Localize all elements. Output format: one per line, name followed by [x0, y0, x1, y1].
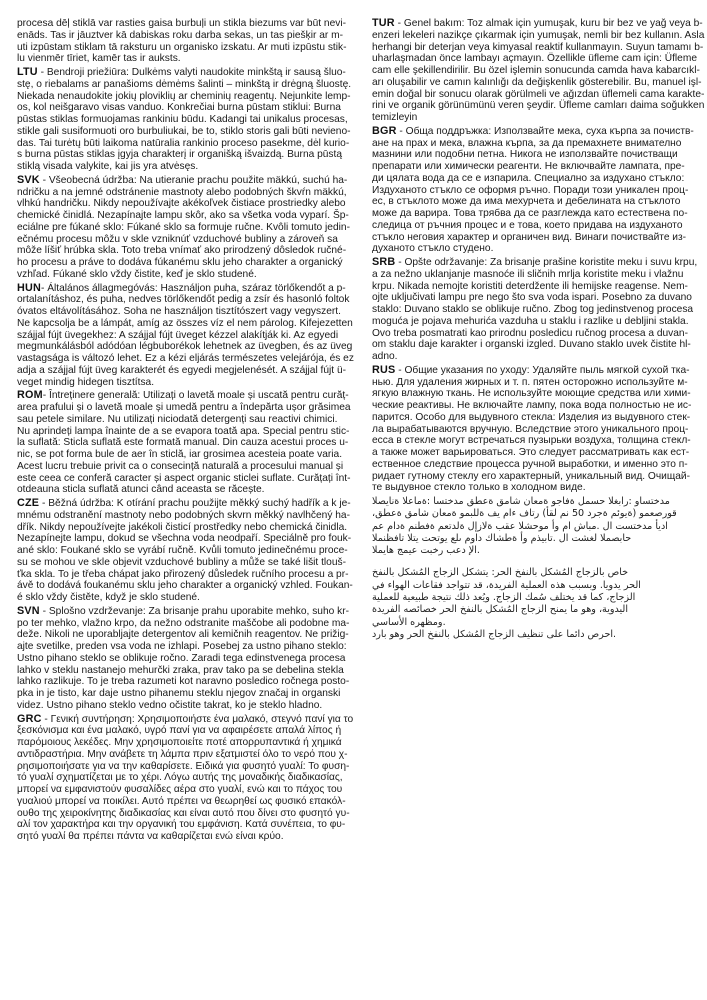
text-line: pka in je tisto, kar daje ustno pihanemu… [17, 688, 352, 700]
text-line: препарати или химически реагенти. Не вкл… [372, 161, 702, 173]
separator: - [397, 126, 406, 137]
text-line: мазнини или подобни петна. Никога не изп… [372, 149, 702, 161]
section-tur: TUR - Genel bakım: Toz almak için yumuşa… [372, 18, 702, 124]
language-code: SVK [17, 174, 40, 186]
text-line: szájjal fújt üvegekhez: A szájjal fújt ü… [17, 330, 352, 342]
text: Opšte održavanje: Za brisanje prašine ko… [404, 257, 697, 268]
text-line: τό γυαλί σχηματίζεται με το χέρι. Λόγω α… [17, 772, 352, 784]
text-line: stikle gali susiformuoti oro burbuliukai… [17, 126, 352, 138]
text-line: os, kol neišgaravo visas vanduo. Konkreč… [17, 102, 352, 114]
text-line: HUN- Általános állagmegóvás: Használjon … [17, 283, 352, 295]
section-svn: SVN - Splošno vzdrževanje: Za brisanje p… [17, 606, 352, 712]
text-line: ди цялата вода да се е изпарила. Специал… [372, 173, 702, 185]
text-line: духаното стъкло студено. [372, 243, 702, 255]
text-line: a za nežno uklanjanje masnoće ili slični… [372, 269, 702, 281]
text-line: ρησιμοποιήσατε για να την καθαρίσετε. Ει… [17, 761, 352, 773]
text-line: احرص دائما على تنظيف الزجاج المُشكل بالن… [372, 629, 702, 641]
language-code: RUS [372, 364, 395, 376]
text: Обща поддръжка: Използвайте мека, суха к… [406, 126, 694, 137]
text-line: есса в стекле могут встречаться пузырьки… [372, 435, 702, 447]
text: Γενική συντήρηση: Χρησιμοποιήστε ένα μαλ… [51, 714, 354, 725]
separator: - [40, 606, 49, 617]
language-code: HUN [17, 282, 41, 294]
text-line: su se mohou ve skle objevit vzduchové bu… [17, 557, 352, 569]
text-line: ortalanításhoz, és puha, nedves törlőken… [17, 294, 352, 306]
text-line: Ne kapcsolja be a lámpát, amíg az összes… [17, 318, 352, 330]
language-code: BGR [372, 125, 397, 137]
right-sections: TUR - Genel bakım: Toz almak için yumuşa… [372, 18, 702, 494]
text-line: ридает гутному стеклу его характерный, у… [372, 471, 702, 483]
text-line: pūstas stiklas formuojamas rankiniu būdu… [17, 114, 352, 126]
text-line: ане на прах и мека, влажна кърпа, за да … [372, 138, 702, 150]
section-rus: RUS - Общие указания по уходу: Удаляйте … [372, 365, 702, 494]
text-line: lu vienmēr tīriet, kamēr tas ir auksts. [17, 53, 352, 65]
text-line: arı oluşabilir ve camın kalınlığı da değ… [372, 77, 702, 89]
text-line: chemické činidlá. Nezapínajte lampu skôr… [17, 210, 352, 222]
language-code: LTU [17, 66, 38, 78]
text-line: парится. Особо для выдувного стекла: Изд… [372, 412, 702, 424]
section-grc: GRC - Γενική συντήρηση: Χρησιμοποιήστε έ… [17, 714, 352, 843]
text-line: ajte svetilke, preden vsa voda ne izhlap… [17, 641, 352, 653]
text-line: може да варира. Това трябва да се разгле… [372, 208, 702, 220]
text-line: стъкло неговия характер и органичен вид.… [372, 232, 702, 244]
text-line: mnému odstranění mastnoty nebo podobných… [17, 510, 352, 522]
text-line: krpu. Nikada nemojte koristiti deterdžen… [372, 281, 702, 293]
text-line: Nezapínejte lampu, dokud se všechna voda… [17, 533, 352, 545]
text: Genel bakım: Toz almak için yumuşak, kur… [404, 18, 703, 29]
text-line: môže líšiť hrúbka skla. Toto treba vníma… [17, 245, 352, 257]
text-line: Niekada nenaudokite jokių ploviklių ar c… [17, 91, 352, 103]
right-column: TUR - Genel bakım: Toz almak için yumuşa… [372, 18, 702, 643]
text-line: s burna pūstas stiklas įgyja charakterį … [17, 149, 352, 161]
text-line: ho procesu a práve to dodáva fúkanému sk… [17, 257, 352, 269]
text-line: enzeri lekeleri nazikçe çıkarmak için yu… [372, 30, 702, 42]
text-line: ojte uključivati lampu pre nego što sva … [372, 292, 702, 304]
text-line: следица от ръчния процес и е това, което… [372, 220, 702, 232]
text-line: ťka skla. To je třeba chápat jako přiroz… [17, 569, 352, 581]
text-line: videz. Ustno pihano steklo vedno očistit… [17, 700, 352, 712]
ara-section-blown-glass: خاص بالزجاج المُشكل بالنفخ الحر: يتشكل ا… [372, 567, 702, 641]
text: Общие указания по уходу: Удаляйте пыль м… [404, 365, 689, 376]
text-line: deže. Nikoli ne uporabljajte detergentov… [17, 629, 352, 641]
text-line: SVK - Všeobecná údržba: Na utieranie pra… [17, 175, 352, 187]
language-code: SVN [17, 605, 40, 617]
text-line: nic, se pot forma bule de aer în sticlă,… [17, 449, 352, 461]
text-line: Acest lucru trebuie privit ca o consecin… [17, 461, 352, 473]
text-line: ческие реактивы. Не включайте лампу, пок… [372, 400, 702, 412]
text-line: eciálne pre fúkané sklo: Fúkané sklo sa … [17, 222, 352, 234]
text-line: ومظهره الأساسي. [372, 617, 702, 629]
language-code: TUR [372, 17, 395, 29]
left-sections: LTU - Bendroji priežiūra: Dulkėms valyti… [17, 67, 352, 843]
text-line: enāds. Tas ir jāuztver kā dabiskas roku … [17, 30, 352, 42]
text-line: SRB - Opšte održavanje: Za brisanje praš… [372, 257, 702, 269]
text-line: اديأ مدختست ال .مباش ام وأ موحشلا عقب ةل… [372, 521, 702, 533]
text-line: megmunkálásból adódóan légbuborékok lehe… [17, 341, 352, 353]
text-line: vzhľad. Fúkané sklo vždy čistite, keď je… [17, 269, 352, 281]
text-line: uti izpūstam stiklam tā raksturu un orga… [17, 42, 352, 54]
text-line: ягкую влажную ткань. Не используйте моющ… [372, 388, 702, 400]
separator: - [42, 714, 51, 725]
text-line: Ovo treba posmatrati kao prirodnu posled… [372, 328, 702, 340]
text-line: lahko v steklu nastanejo mehurčki zraka,… [17, 665, 352, 677]
text-line: ečnému procesu môžu v skle vzniknúť vzdu… [17, 234, 352, 246]
separator: - [39, 498, 48, 509]
text-line: GRC - Γενική συντήρηση: Χρησιμοποιήστε έ… [17, 714, 352, 726]
text-line: μπορεί να εμφανιστούν φυσαλίδες αέρα στο… [17, 784, 352, 796]
text-line: нью. Для удаления жирных и т. п. пятен о… [372, 377, 702, 389]
text-line: ественное следствие процесса ручной выра… [372, 459, 702, 471]
text-line: das. Tai turėtų būti laikoma natūralia r… [17, 138, 352, 150]
text-line: cam elle şekillendirilir. Bu özel işlemi… [372, 65, 702, 77]
text-line: vastagsága is változó lehet. Ez a kézi e… [17, 353, 352, 365]
text-line: po ter mehko, vlažno krpo, da nežno odst… [17, 618, 352, 630]
text-line: uharlaşmadan önce lambayı açmayın. Özell… [372, 53, 702, 65]
text-line: temizleyin [372, 112, 702, 124]
section-srb: SRB - Opšte održavanje: Za brisanje praš… [372, 257, 702, 363]
text-line: Ustno pihano steklo se oblikuje ročno. Z… [17, 653, 352, 665]
text-line: staklo: Duvano staklo se oblikuje ručno.… [372, 304, 702, 316]
text-line: TUR - Genel bakım: Toz almak için yumuşa… [372, 18, 702, 30]
text-line: BGR - Обща поддръжка: Използвайте мека, … [372, 126, 702, 138]
text-line: vlhkú handričku. Nikdy nepoužívajte akék… [17, 198, 352, 210]
text-line: σητό γυαλί θα πρέπει πάντα να καθαρίζετα… [17, 831, 352, 843]
section-bgr: BGR - Обща поддръжка: Използвайте мека, … [372, 126, 702, 255]
text-line: مدختساو :رابغلا حسمل ةفاجو ةمعان شامق ةع… [372, 496, 702, 508]
text-line: adno. [372, 351, 702, 363]
text: Všeobecná údržba: Na utieranie prachu po… [49, 175, 347, 186]
lva-continuation: procesa dēļ stiklā var rasties gaisa bur… [17, 18, 352, 65]
text-line: الحر يدويا. وبسبب هذه العملية الفريدة، ق… [372, 580, 702, 592]
text-line: ndričku a na jemné odstránenie mastnoty … [17, 187, 352, 199]
text-line: stiklą visada valykite, kai jis yra atvė… [17, 161, 352, 173]
text-line: خاص بالزجاج المُشكل بالنفخ الحر: يتشكل ا… [372, 567, 702, 579]
section-hun: HUN- Általános állagmegóvás: Használjon … [17, 283, 352, 389]
text: Běžná údržba: K otírání prachu použijte … [48, 498, 350, 509]
text-line: veget mindig hidegen tisztítsa. [17, 377, 352, 389]
text-line: ла вырабатываются вручную. Вследствие эт… [372, 424, 702, 436]
section-ltu: LTU - Bendroji priežiūra: Dulkėms valyti… [17, 67, 352, 173]
section-rom: ROM- Întreținere generală: Utilizați o l… [17, 390, 352, 496]
text-line: CZE - Běžná údržba: K otírání prachu pou… [17, 498, 352, 510]
text-line: те выдувное стекло только в холодном вид… [372, 482, 702, 494]
spacer [372, 559, 702, 567]
left-column: procesa dēļ stiklā var rasties gaisa bur… [17, 18, 352, 845]
text-line: emin doğal bir sonucu olarak görülmeli v… [372, 89, 702, 101]
text-line: а также может варьироваться. Это следует… [372, 447, 702, 459]
text-line: rini ve organik görünümünü veren şeydir.… [372, 100, 702, 112]
text-line: ес, в стъклото може да има мехурчета и д… [372, 196, 702, 208]
separator: - [40, 175, 49, 186]
text-line: RUS - Общие указания по уходу: Удаляйте … [372, 365, 702, 377]
text-line: اليدوية، وهو ما يمنح الزجاج المُشكل بالن… [372, 604, 702, 616]
text-line: SVN - Splošno vzdrževanje: Za brisanje p… [17, 606, 352, 618]
text-line: adja a szájjal fújt üveg karakterét és e… [17, 365, 352, 377]
text-line: la suflată: Sticla suflată este formată … [17, 437, 352, 449]
text-line: Издуханото стъкло се оформя ръчно. Порад… [372, 185, 702, 197]
text: Splošno vzdrževanje: Za brisanje prahu u… [49, 606, 349, 617]
text-line: herhangi bir deterjan veya kimyasal reak… [372, 42, 702, 54]
language-code: CZE [17, 497, 39, 509]
text-line: procesa dēļ stiklā var rasties gaisa bur… [17, 18, 352, 30]
text-line: lahko razlikuje. To je treba razumeti ko… [17, 676, 352, 688]
text-line: παρόμοιους λεκέδες. Μην χρησιμοποιείτε π… [17, 737, 352, 749]
text-line: ،قورصعمو (ةيوئم ةجرد 50 نم لقأ) رتاف ءام… [372, 508, 702, 520]
text-line: LTU - Bendroji priežiūra: Dulkėms valyti… [17, 67, 352, 79]
text-line: area prafului și o lavetă moale și umedă… [17, 402, 352, 414]
text-line: dřík. Nikdy nepoužívejte jakékoli čistic… [17, 522, 352, 534]
text-line: moguća je pojava mehurića vazduha u stak… [372, 316, 702, 328]
text-line: otdeauna sticla suflată atunci când acea… [17, 484, 352, 496]
text-line: αντιδραστήρια. Μην ανάβετε τη λάμπα πριν… [17, 749, 352, 761]
text-line: este ceea ce conferă caracter și aspect … [17, 473, 352, 485]
text-line: ξεσκόνισμα και ένα μαλακό, υγρό πανί για… [17, 725, 352, 737]
text: Általános állagmegóvás: Használjon puha,… [47, 283, 345, 294]
text-line: حابصملا لغشت ال .تابيذم وأ ةطشاك داوم ىل… [372, 533, 702, 545]
text-line: ουθο της χειροκίνητης διαδικασίας και εί… [17, 808, 352, 820]
language-code: SRB [372, 256, 395, 268]
text-line: الإ دعب رخبت عيمج هايملا. [372, 545, 702, 557]
section-cze: CZE - Běžná údržba: K otírání prachu pou… [17, 498, 352, 604]
text-line: ROM- Întreținere generală: Utilizați o l… [17, 390, 352, 402]
section-svk: SVK - Všeobecná údržba: Na utieranie pra… [17, 175, 352, 281]
text-line: óvatos eltávolításához. Soha ne használj… [17, 306, 352, 318]
text-line: ané sklo: Foukané sklo se vyrábí ručně. … [17, 545, 352, 557]
text: Bendroji priežiūra: Dulkėms valyti naudo… [47, 67, 346, 78]
text-line: αλί τον χαρακτήρα και την οργανική του ε… [17, 819, 352, 831]
text-line: Nu aprindeți lampa înainte de a se evapo… [17, 426, 352, 438]
text-line: om staklu daje karakter i organski izgle… [372, 339, 702, 351]
ara-section-general-care: مدختساو :رابغلا حسمل ةفاجو ةمعان شامق ةع… [372, 496, 702, 557]
language-code: ROM [17, 389, 43, 401]
text-line: stę, o riebalams ar panašioms dėmėms šal… [17, 79, 352, 91]
separator: - [395, 18, 404, 29]
text-line: é sklo vždy čistěte, když je sklo studen… [17, 592, 352, 604]
separator: - [38, 67, 47, 78]
text-line: الزجاج، كما قد يختلف سُمك الزجاج. ويُعد … [372, 592, 702, 604]
text-line: sau petele similare. Nu utilizați niciod… [17, 414, 352, 426]
text: Întreținere generală: Utilizați o lavetă… [49, 390, 349, 401]
text-line: ávě to dodává foukanému sklu jeho charak… [17, 580, 352, 592]
language-code: GRC [17, 713, 42, 725]
text-line: γυαλιού μπορεί να ποικίλει. Αυτό πρέπει … [17, 796, 352, 808]
